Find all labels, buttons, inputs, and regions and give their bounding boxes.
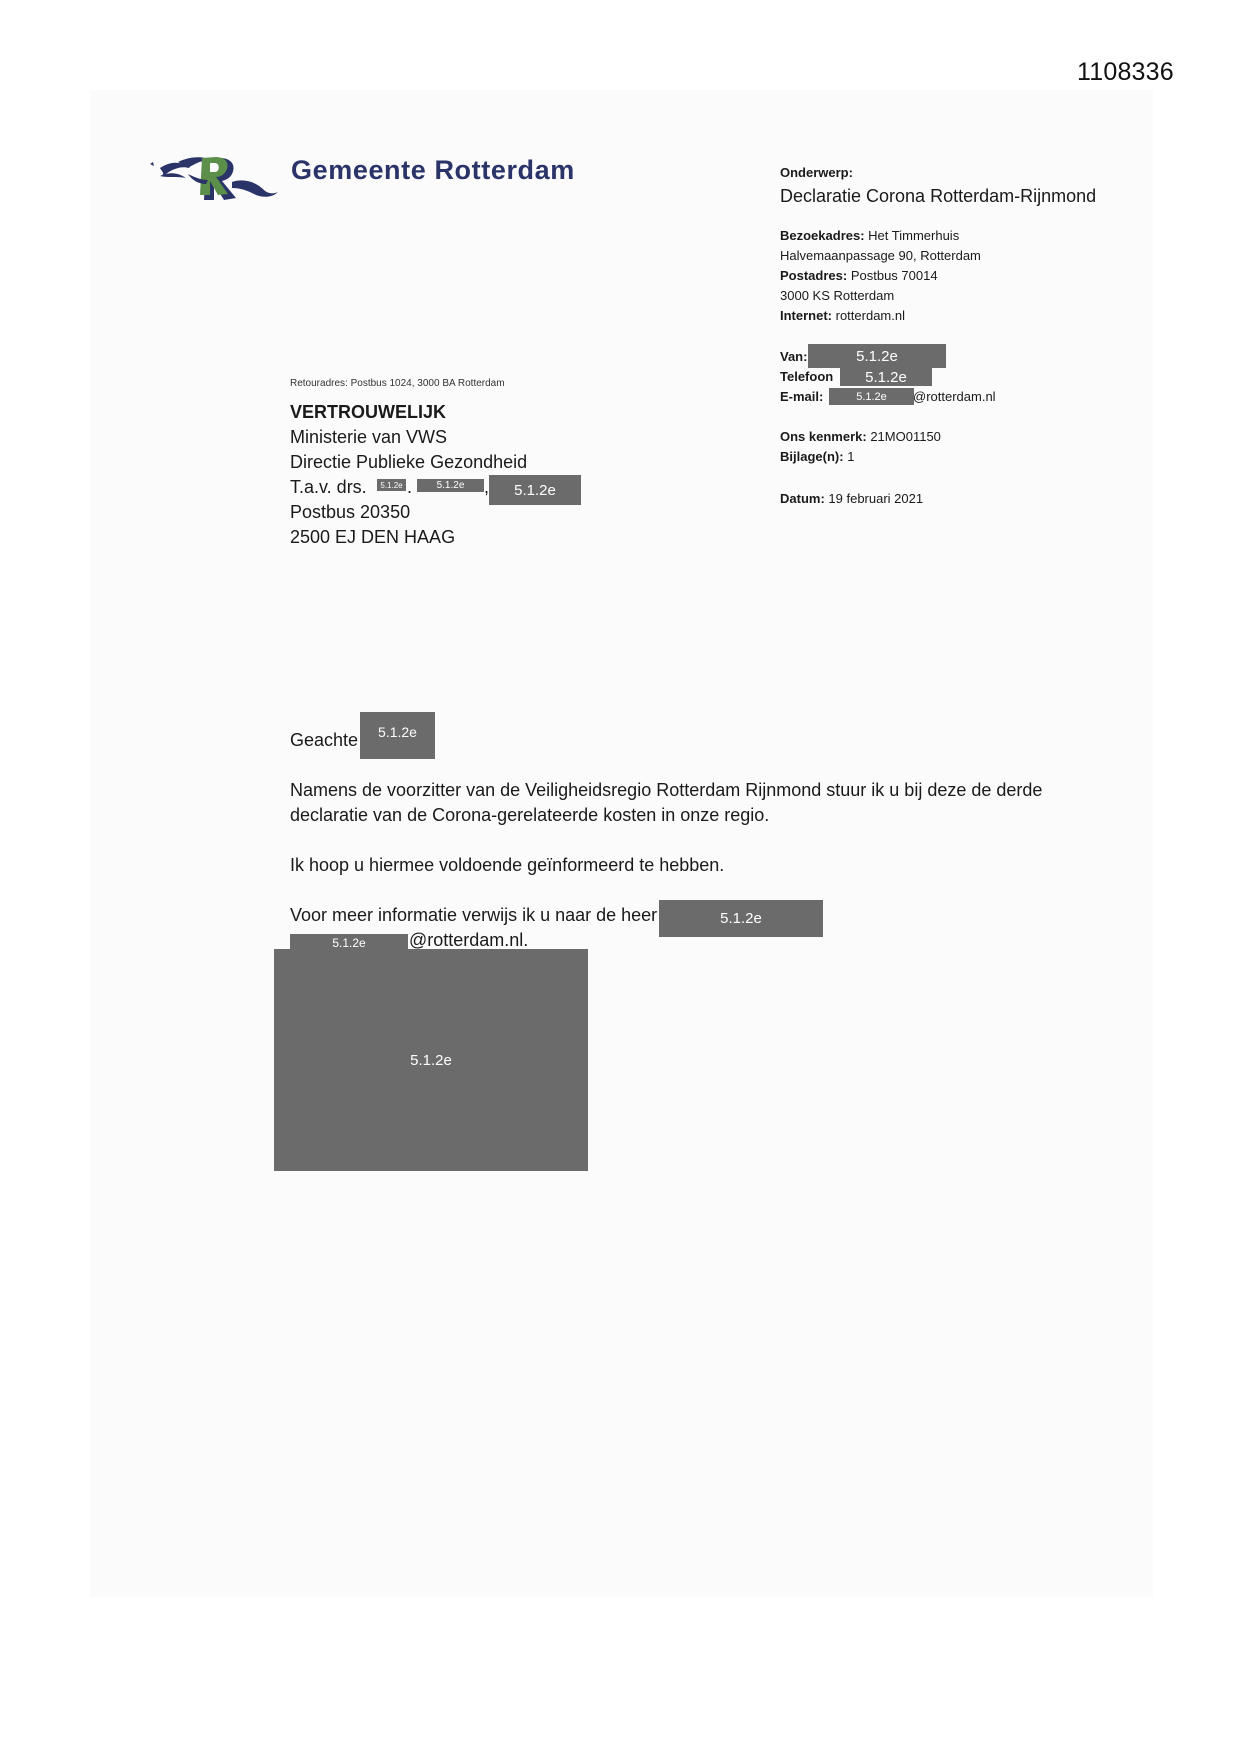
confidential-label: VERTROUWELIJK xyxy=(290,402,446,423)
postal-address: Postadres: Postbus 70014 xyxy=(780,266,938,286)
organization-name: Gemeente Rotterdam xyxy=(291,155,575,186)
attachments-value: 1 xyxy=(847,449,854,464)
date-label: Datum: xyxy=(780,491,825,506)
paragraph-3: Voor meer informatie verwijs ik u naar d… xyxy=(290,903,657,928)
date: Datum: 19 februari 2021 xyxy=(780,489,923,509)
recipient-line1: Ministerie van VWS xyxy=(290,427,447,448)
reference-label: Ons kenmerk: xyxy=(780,429,867,444)
salutation: Geachte xyxy=(290,728,358,753)
phone-label: Telefoon xyxy=(780,367,833,387)
subject-label: Onderwerp: xyxy=(780,165,853,180)
visit-address: Bezoekadres: Het Timmerhuis xyxy=(780,226,959,246)
contact-name-redaction: 5.1.2e xyxy=(659,900,823,937)
postal-address-line1: Postbus 70014 xyxy=(851,268,938,283)
internet-label: Internet: xyxy=(780,308,832,323)
return-address: Retouradres: Postbus 1024, 3000 BA Rotte… xyxy=(290,378,505,389)
attn-separator-1: . xyxy=(407,477,412,498)
postal-address-line2: 3000 KS Rotterdam xyxy=(780,286,894,306)
internet: Internet: rotterdam.nl xyxy=(780,306,905,326)
document-id: 1108336 xyxy=(1077,58,1174,87)
date-value: 19 februari 2021 xyxy=(828,491,923,506)
internet-value: rotterdam.nl xyxy=(836,308,905,323)
rotterdam-r-logo-icon xyxy=(148,152,278,208)
email-domain: @rotterdam.nl xyxy=(913,387,996,407)
recipient-attn-prefix: T.a.v. drs. xyxy=(290,477,367,498)
email-label: E-mail: xyxy=(780,387,823,407)
salutation-redaction: 5.1.2e xyxy=(360,712,435,759)
email-redaction: 5.1.2e xyxy=(829,388,914,405)
reference-value: 21MO01150 xyxy=(870,429,941,444)
recipient-line5: 2500 EJ DEN HAAG xyxy=(290,527,455,548)
postal-address-label: Postadres: xyxy=(780,268,847,283)
paragraph-1-line-2: declaratie van de Corona-gerelateerde ko… xyxy=(290,803,769,828)
paragraph-1-line-1: Namens de voorzitter van de Veiligheidsr… xyxy=(290,778,1042,803)
attachments: Bijlage(n): 1 xyxy=(780,447,854,467)
paragraph-2: Ik hoop u hiermee voldoende geïnformeerd… xyxy=(290,853,724,878)
subject: Declaratie Corona Rotterdam-Rijnmond xyxy=(780,186,1096,207)
visit-address-line2: Halvemaanpassage 90, Rotterdam xyxy=(780,246,981,266)
phone-redaction: 5.1.2e xyxy=(840,368,932,386)
signature-redaction: 5.1.2e xyxy=(274,949,588,1171)
attn-redaction-1: 5.1.2e xyxy=(377,479,406,491)
attachments-label: Bijlage(n): xyxy=(780,449,844,464)
attn-redaction-2: 5.1.2e xyxy=(417,479,484,492)
from-label: Van: xyxy=(780,347,807,367)
scanned-page-background xyxy=(90,90,1153,1597)
recipient-line4: Postbus 20350 xyxy=(290,502,410,523)
recipient-line2: Directie Publieke Gezondheid xyxy=(290,452,527,473)
attn-redaction-3: 5.1.2e xyxy=(489,475,581,505)
from-redaction: 5.1.2e xyxy=(808,344,946,368)
visit-address-line1: Het Timmerhuis xyxy=(868,228,959,243)
visit-address-label: Bezoekadres: xyxy=(780,228,865,243)
reference: Ons kenmerk: 21MO01150 xyxy=(780,427,941,447)
